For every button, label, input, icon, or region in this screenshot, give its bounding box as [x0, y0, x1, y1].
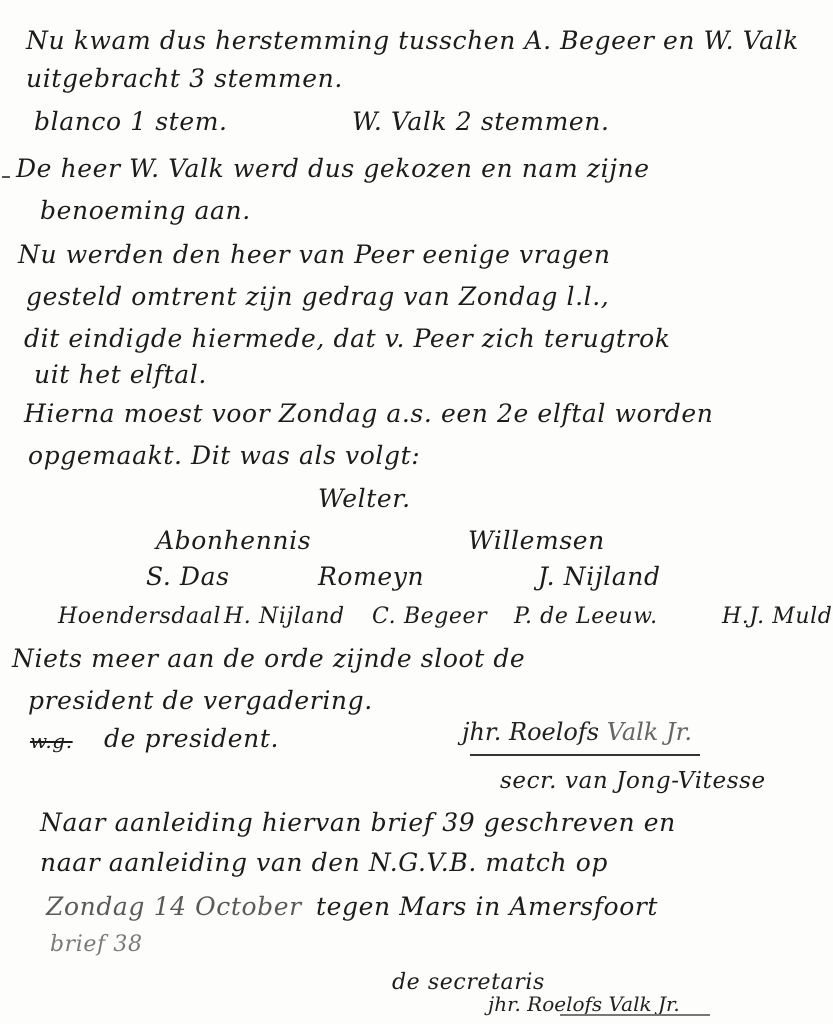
lineup-half-right: J. Nijland — [538, 562, 661, 592]
minutes-line-appointment: benoeming aan. — [40, 196, 251, 226]
minutes-line-hierna: Hierna moest voor Zondag a.s. een 2e elf… — [24, 399, 713, 429]
lineup-back-left: Abonhennis — [156, 526, 311, 556]
signature-tail: Valk Jr. — [607, 718, 692, 746]
minutes-line-1: Nu kwam dus herstemming tusschen A. Bege… — [26, 26, 799, 56]
minutes-line-conduct: gesteld omtrent zijn gedrag van Zondag l… — [26, 282, 609, 312]
signature-underline — [470, 754, 700, 756]
note-line-date: Zondag 14 October — [46, 892, 302, 922]
handwritten-document-page: Nu kwam dus herstemming tusschen A. Bege… — [0, 0, 833, 1024]
minutes-line-blanco: blanco 1 stem. — [34, 107, 228, 137]
lineup-forward-5: H.J. Mulder — [722, 602, 833, 632]
minutes-line-valk-votes: W. Valk 2 stemmen. — [352, 107, 610, 137]
struck-wg-text: w.g. — [30, 726, 73, 756]
minutes-line-lineup-intro: opgemaakt. Dit was als volgt: — [28, 441, 420, 471]
note-signature-underline — [560, 1014, 710, 1016]
closing-line-2: president de vergadering. — [28, 686, 373, 716]
note-line-opponent: tegen Mars in Amersfoort — [316, 892, 658, 922]
note-line-2: naar aanleiding van den N.G.V.B. match o… — [40, 848, 608, 878]
closing-line-1: Niets meer aan de orde zijnde sloot de — [12, 644, 525, 674]
lineup-half-center: Romeyn — [318, 562, 424, 592]
note-line-brief: brief 38 — [50, 930, 143, 960]
signature-main: jhr. Roelofs — [462, 718, 599, 746]
minutes-line-elected: De heer W. Valk werd dus gekozen en nam … — [16, 154, 650, 184]
president-label: de president. — [104, 724, 279, 754]
minutes-line-withdrew: dit eindigde hiermede, dat v. Peer zich … — [24, 324, 671, 354]
lineup-half-left: S. Das — [146, 562, 230, 592]
lineup-forward-2: H. Nijland — [224, 602, 345, 632]
note-line-1: Naar aanleiding hiervan brief 39 geschre… — [40, 808, 676, 838]
lineup-goalkeeper: Welter. — [318, 484, 411, 514]
minutes-line-questions: Nu werden den heer van Peer eenige vrage… — [18, 240, 611, 270]
lineup-forward-4: P. de Leeuw. — [514, 602, 658, 632]
lineup-forward-1: Hoendersdaal — [58, 602, 221, 632]
lineup-forward-3: C. Begeer — [372, 602, 487, 632]
minutes-line-team: uit het elftal. — [34, 360, 207, 390]
secretary-signature: jhr. Roelofs Valk Jr. — [462, 718, 692, 746]
margin-dash-mark — [2, 176, 10, 178]
minutes-line-2: uitgebracht 3 stemmen. — [26, 64, 343, 94]
secretary-title: secr. van Jong-Vitesse — [500, 766, 766, 796]
lineup-back-right: Willemsen — [468, 526, 605, 556]
